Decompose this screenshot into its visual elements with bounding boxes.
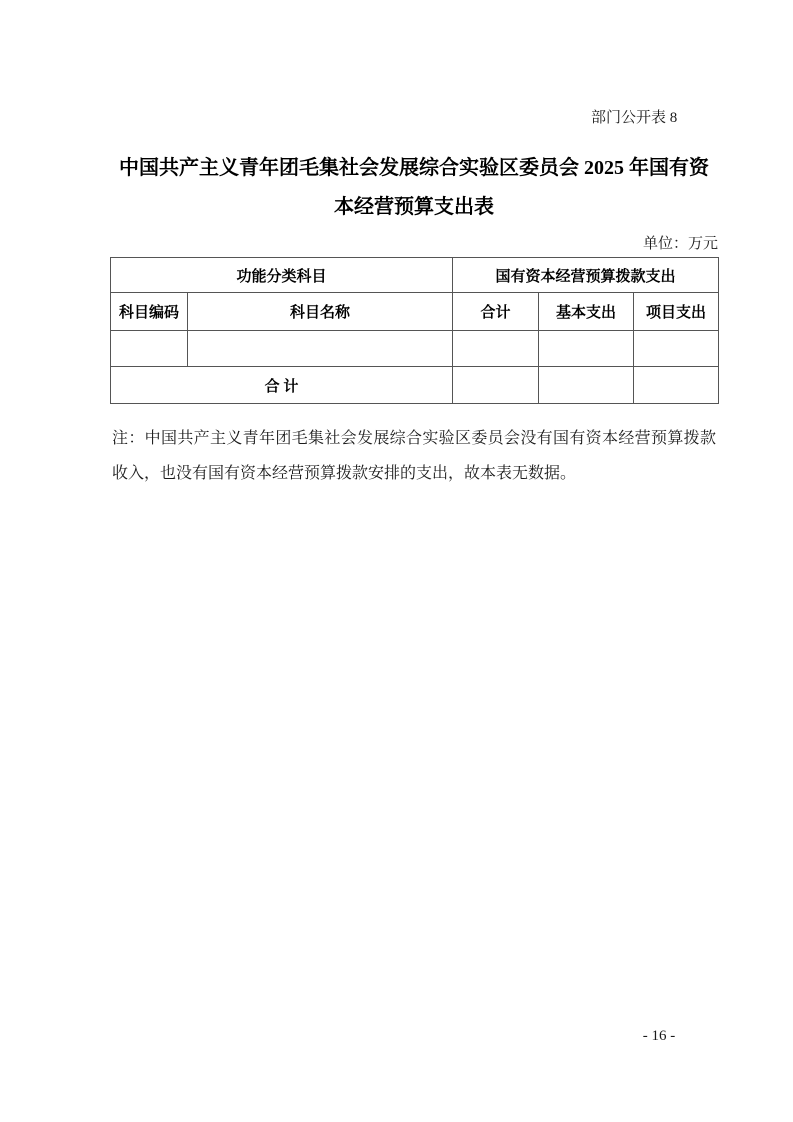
table-row — [111, 331, 719, 367]
page-number: - 16 - — [609, 1028, 709, 1045]
column-header-subject-code: 科目编码 — [111, 293, 188, 331]
total-cell-total — [453, 367, 539, 404]
note-paragraph: 注：中国共产主义青年团毛集社会发展综合实验区委员会没有国有资本经营预算拨款收入，… — [112, 421, 716, 491]
table-column-header-row: 科目编码 科目名称 合计 基本支出 项目支出 — [111, 293, 719, 331]
page-title-line-1: 中国共产主义青年团毛集社会发展综合实验区委员会 2025 年国有资 — [110, 149, 718, 188]
doc-label: 部门公开表 8 — [591, 106, 677, 127]
budget-table: 功能分类科目 国有资本经营预算拨款支出 科目编码 科目名称 合计 基本支出 项目… — [110, 257, 719, 404]
column-header-total: 合计 — [453, 293, 539, 331]
table-group-header-row: 功能分类科目 国有资本经营预算拨款支出 — [111, 258, 719, 293]
table-total-row: 合 计 — [111, 367, 719, 404]
cell-subject-code — [111, 331, 188, 367]
cell-basic-expenditure — [539, 331, 634, 367]
column-header-project-expenditure: 项目支出 — [634, 293, 719, 331]
group-header-functional-classification: 功能分类科目 — [111, 258, 453, 293]
page-title: 中国共产主义青年团毛集社会发展综合实验区委员会 2025 年国有资 本经营预算支… — [110, 149, 718, 227]
total-row-label: 合 计 — [111, 367, 453, 404]
cell-subject-name — [188, 331, 453, 367]
column-header-subject-name: 科目名称 — [188, 293, 453, 331]
page-title-line-2: 本经营预算支出表 — [110, 188, 718, 227]
document-page: 部门公开表 8 中国共产主义青年团毛集社会发展综合实验区委员会 2025 年国有… — [0, 0, 793, 1122]
cell-total — [453, 331, 539, 367]
column-header-basic-expenditure: 基本支出 — [539, 293, 634, 331]
group-header-state-capital-expenditure: 国有资本经营预算拨款支出 — [453, 258, 719, 293]
cell-project-expenditure — [634, 331, 719, 367]
total-cell-basic-expenditure — [539, 367, 634, 404]
unit-label: 单位：万元 — [110, 232, 718, 253]
total-cell-project-expenditure — [634, 367, 719, 404]
